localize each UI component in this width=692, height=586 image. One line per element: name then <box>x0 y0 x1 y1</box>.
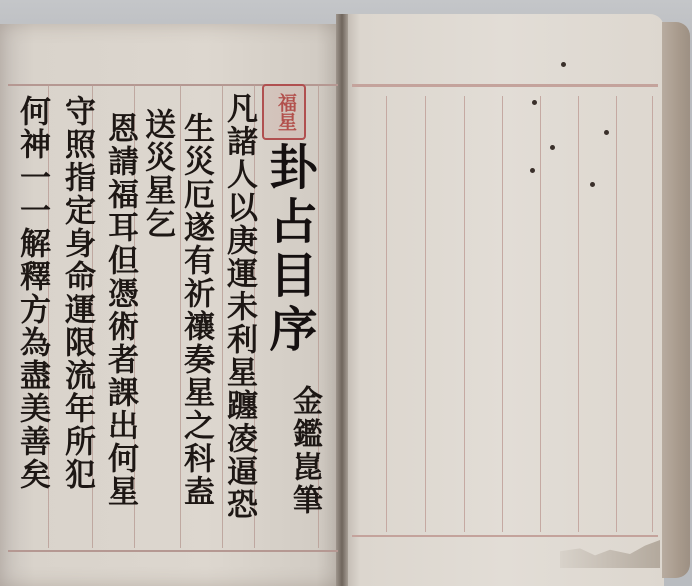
column-rule <box>386 96 387 532</box>
text-column-6: 何神一一解釋方為盡美善矣 <box>12 95 52 491</box>
ink-speck <box>561 62 566 67</box>
ink-speck <box>530 168 535 173</box>
column-rule <box>464 96 465 532</box>
column-rule <box>652 96 653 532</box>
text-column-1: 凡諸人以庚運未利星躔凌逼恐 <box>219 92 259 521</box>
right-page-frame <box>352 84 658 537</box>
page-title: 卦占目序 <box>260 142 318 358</box>
text-column-4: 恩請福耳但憑術者課出何星 <box>100 112 140 508</box>
text-column-5: 守照指定身命運限流年所犯 <box>57 95 97 491</box>
red-seal-stamp: 福星 <box>262 84 306 140</box>
ink-speck <box>550 145 555 150</box>
column-rule <box>502 96 503 532</box>
author-byline: 金鑑崑筆 <box>285 385 323 517</box>
ink-speck <box>604 130 609 135</box>
column-rule <box>540 96 541 532</box>
text-column-2: 生災厄遂有祈禳奏星之科盍 <box>176 112 216 508</box>
column-rule <box>425 96 426 532</box>
column-rule <box>578 96 579 532</box>
page-edge <box>662 22 690 578</box>
column-rule <box>616 96 617 532</box>
ink-speck <box>532 100 537 105</box>
ink-speck <box>590 182 595 187</box>
text-column-3: 送災星乞 <box>137 108 177 240</box>
